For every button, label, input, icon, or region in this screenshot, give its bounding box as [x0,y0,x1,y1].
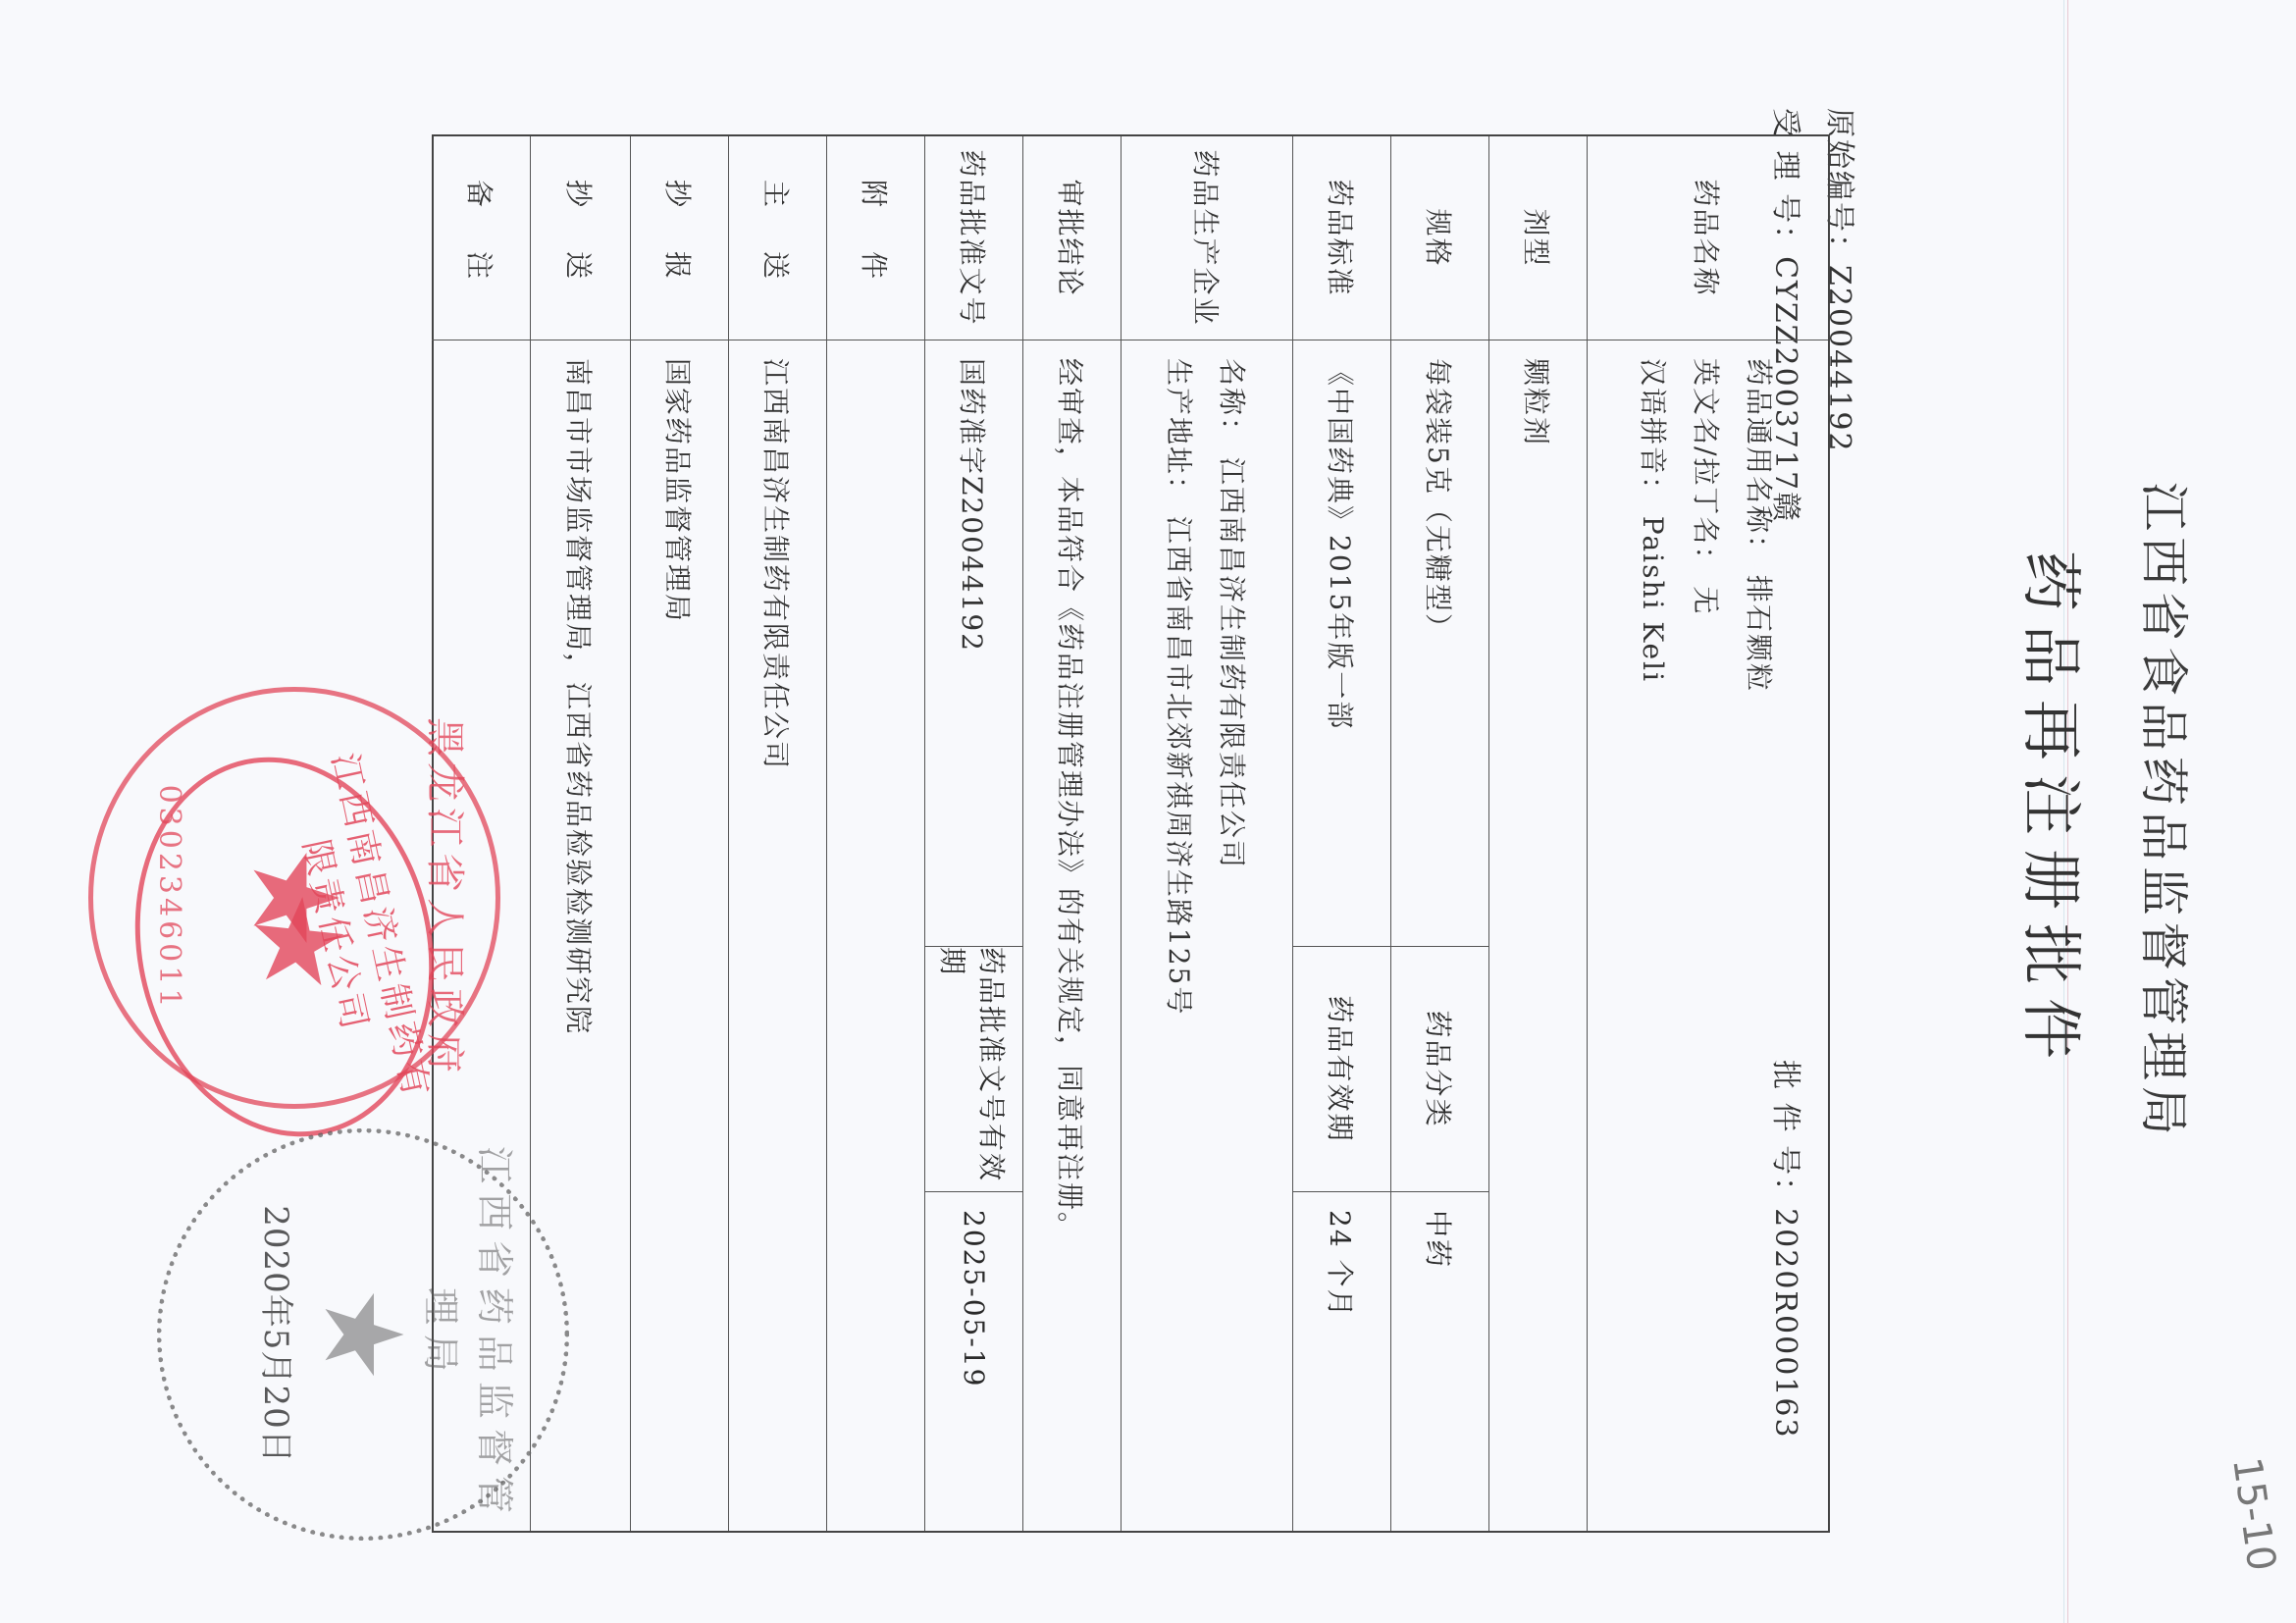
value-drug-name: 药品通用名称： 排石颗粒 英文名/拉丁名： 无 汉语拼音： Paishi Kel… [1588,340,1828,1531]
value-main-recipient: 江西南昌济生制药有限责任公司 [729,340,826,1531]
value-drug-class: 中药 [1391,1191,1488,1531]
label-copy-report: 抄 报 [631,136,728,340]
label-copy-send: 抄 送 [531,136,630,340]
label-manufacturer: 药品生产企业 [1122,136,1292,340]
registration-table: 药品名称 药品通用名称： 排石颗粒 英文名/拉丁名： 无 汉语拼音： Paish… [432,134,1830,1533]
label-drug-standard: 药品标准 [1293,136,1390,340]
value-shelf-life: 24 个月 [1293,1191,1390,1531]
row-drug-standard: 药品标准 《中国药典》2015年版一部 药品有效期 24 个月 [1293,136,1391,1531]
label-main-recipient: 主 送 [729,136,826,340]
value-drug-standard: 《中国药典》2015年版一部 [1293,340,1390,942]
english-latin-name: 英文名/拉丁名： 无 [1689,358,1728,615]
handwritten-page-note: 15-10 [2223,1454,2284,1574]
manufacturer-name: 名称： 江西南昌济生制药有限责任公司 [1214,358,1253,869]
label-dosage-form: 剂型 [1489,136,1587,340]
generic-name: 药品通用名称： 排石颗粒 [1742,358,1781,693]
value-dosage-form: 颗粒剂 [1489,340,1587,1531]
row-specification: 规格 每袋装5克（无糖型） 药品分类 中药 [1391,136,1489,1531]
seal-outer-text: 黑龙江省人民政府 [420,692,476,1104]
seal-date: 2020年5月20日 [255,1133,303,1536]
label-drug-name: 药品名称 [1588,136,1828,340]
row-drug-name: 药品名称 药品通用名称： 排石颗粒 英文名/拉丁名： 无 汉语拼音： Paish… [1588,136,1828,1531]
row-conclusion: 审批结论 经审查，本品符合《药品注册管理办法》的有关规定，同意再注册。 [1023,136,1122,1531]
document-page: 15-10 江西省食品药品监督管理局 药品再注册批件 原始编号：Z2004419… [0,0,2296,1623]
value-copy-report: 国家药品监督管理局 [631,340,728,1531]
official-seal: 江西省药品监督管理局 ★ 2020年5月20日 [157,1128,569,1541]
label-conclusion: 审批结论 [1023,136,1121,340]
star-icon: ★ [300,1286,426,1384]
label-remarks: 备 注 [432,136,530,340]
document-title: 药品再注册批件 [2012,0,2100,1623]
row-attachment: 附 件 [827,136,925,1531]
value-approval-number: 国药准字Z20044192 [925,340,1022,942]
row-copy-report: 抄 报 国家药品监督管理局 [631,136,729,1531]
label-approval-number: 药品批准文号 [925,136,1022,340]
label-shelf-life: 药品有效期 [1293,946,1390,1191]
official-seal-text: 江西省药品监督管理局 [417,1133,525,1536]
label-specification: 规格 [1391,136,1488,340]
row-approval-number: 药品批准文号 国药准字Z20044192 药品批准文号有效期 2025-05-1… [925,136,1023,1531]
row-manufacturer: 药品生产企业 名称： 江西南昌济生制药有限责任公司 生产地址： 江西省南昌市北郊… [1122,136,1293,1531]
row-main-recipient: 主 送 江西南昌济生制药有限责任公司 [729,136,827,1531]
value-specification: 每袋装5克（无糖型） [1391,340,1488,942]
issuing-agency: 江西省食品药品监督管理局 [2132,0,2203,1623]
value-approval-expiry: 2025-05-19 [925,1191,1022,1531]
manufacturer-address: 生产地址： 江西省南昌市北郊新祺周济生路125号 [1161,358,1200,1016]
pinyin-name: 汉语拼音： Paishi Keli [1636,358,1675,683]
label-approval-expiry: 药品批准文号有效期 [925,946,1022,1191]
value-manufacturer: 名称： 江西南昌济生制药有限责任公司 生产地址： 江西省南昌市北郊新祺周济生路1… [1122,340,1292,1531]
value-conclusion: 经审查，本品符合《药品注册管理办法》的有关规定，同意再注册。 [1023,340,1121,1531]
label-attachment: 附 件 [827,136,924,340]
label-drug-class: 药品分类 [1391,946,1488,1191]
row-dosage-form: 剂型 颗粒剂 [1489,136,1588,1531]
value-attachment [827,340,924,1531]
